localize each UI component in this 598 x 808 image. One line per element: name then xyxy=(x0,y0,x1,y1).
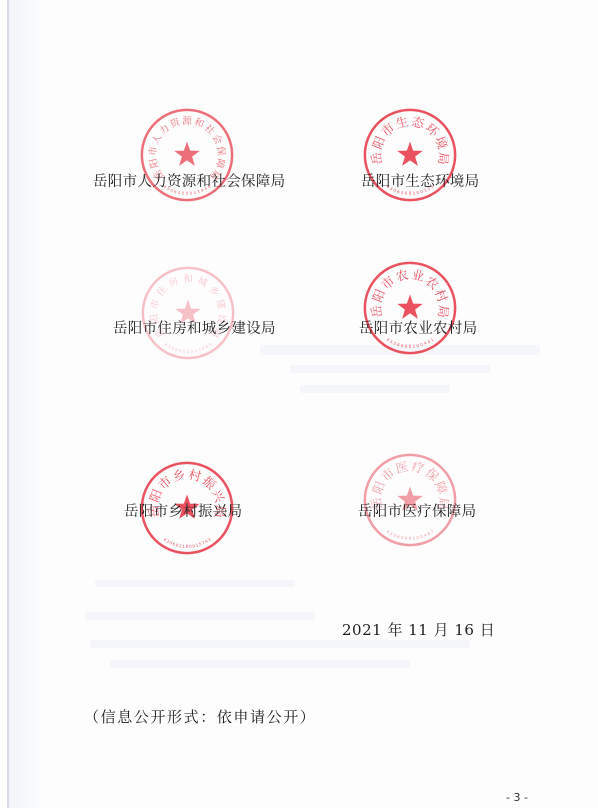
svg-text:农: 农 xyxy=(394,266,410,284)
svg-text:保: 保 xyxy=(214,146,226,157)
svg-text:建: 建 xyxy=(214,298,228,311)
svg-text:房: 房 xyxy=(167,274,181,289)
svg-text:市: 市 xyxy=(147,145,160,156)
svg-text:0: 0 xyxy=(409,344,412,349)
svg-text:障: 障 xyxy=(432,479,451,496)
svg-text:7: 7 xyxy=(430,528,435,534)
svg-text:阳: 阳 xyxy=(148,157,161,169)
svg-text:市: 市 xyxy=(148,298,162,311)
svg-text:局: 局 xyxy=(435,152,451,166)
org-name-hrss: 岳阳市人力资源和社会保障局 xyxy=(93,170,285,191)
scan-edge-shadow xyxy=(9,0,45,808)
svg-text:医: 医 xyxy=(394,459,410,477)
svg-text:疗: 疗 xyxy=(410,459,426,477)
signing-date: 2021 年 11 月 16 日 xyxy=(342,619,495,640)
svg-text:0: 0 xyxy=(409,536,412,541)
official-seal-agriculture: 岳阳市农业农村局4306000100441 xyxy=(362,260,458,356)
svg-text:乡: 乡 xyxy=(171,467,187,485)
svg-text:市: 市 xyxy=(378,120,397,140)
org-name-rural-revitalization: 岳阳市乡村振兴局 xyxy=(124,500,242,521)
svg-text:9: 9 xyxy=(208,341,213,347)
svg-text:0: 0 xyxy=(405,536,408,541)
svg-text:源: 源 xyxy=(182,116,192,127)
svg-text:资: 资 xyxy=(168,116,182,131)
org-name-ecology: 岳阳市生态环境局 xyxy=(361,170,479,191)
svg-text:0: 0 xyxy=(187,349,190,354)
svg-text:市: 市 xyxy=(155,473,174,493)
svg-text:生: 生 xyxy=(394,114,410,132)
svg-text:0: 0 xyxy=(409,191,412,196)
svg-text:市: 市 xyxy=(378,273,397,293)
svg-text:境: 境 xyxy=(432,134,451,151)
svg-text:和: 和 xyxy=(183,274,193,285)
svg-text:0: 0 xyxy=(183,349,186,354)
svg-text:0: 0 xyxy=(182,191,185,196)
svg-text:村: 村 xyxy=(432,287,451,305)
svg-text:住: 住 xyxy=(154,283,170,298)
org-name-medical-security: 岳阳市医疗保障局 xyxy=(358,500,476,521)
org-name-agriculture: 岳阳市农业农村局 xyxy=(359,317,477,338)
org-name-housing: 岳阳市住房和城乡建设局 xyxy=(113,317,276,338)
svg-text:市: 市 xyxy=(378,465,397,485)
disclosure-note: （信息公开形式：依申请公开） xyxy=(84,706,316,727)
svg-text:0: 0 xyxy=(405,191,408,196)
svg-text:岳: 岳 xyxy=(368,152,384,166)
svg-text:0: 0 xyxy=(186,191,189,196)
official-seal-housing: 岳阳市住房和城乡建设局4306000043889 xyxy=(140,265,236,361)
svg-text:城: 城 xyxy=(196,275,210,290)
page-number: - 3 - xyxy=(506,791,528,804)
svg-text:乡: 乡 xyxy=(206,284,221,299)
svg-text:0: 0 xyxy=(405,344,408,349)
svg-text:会: 会 xyxy=(210,132,225,146)
